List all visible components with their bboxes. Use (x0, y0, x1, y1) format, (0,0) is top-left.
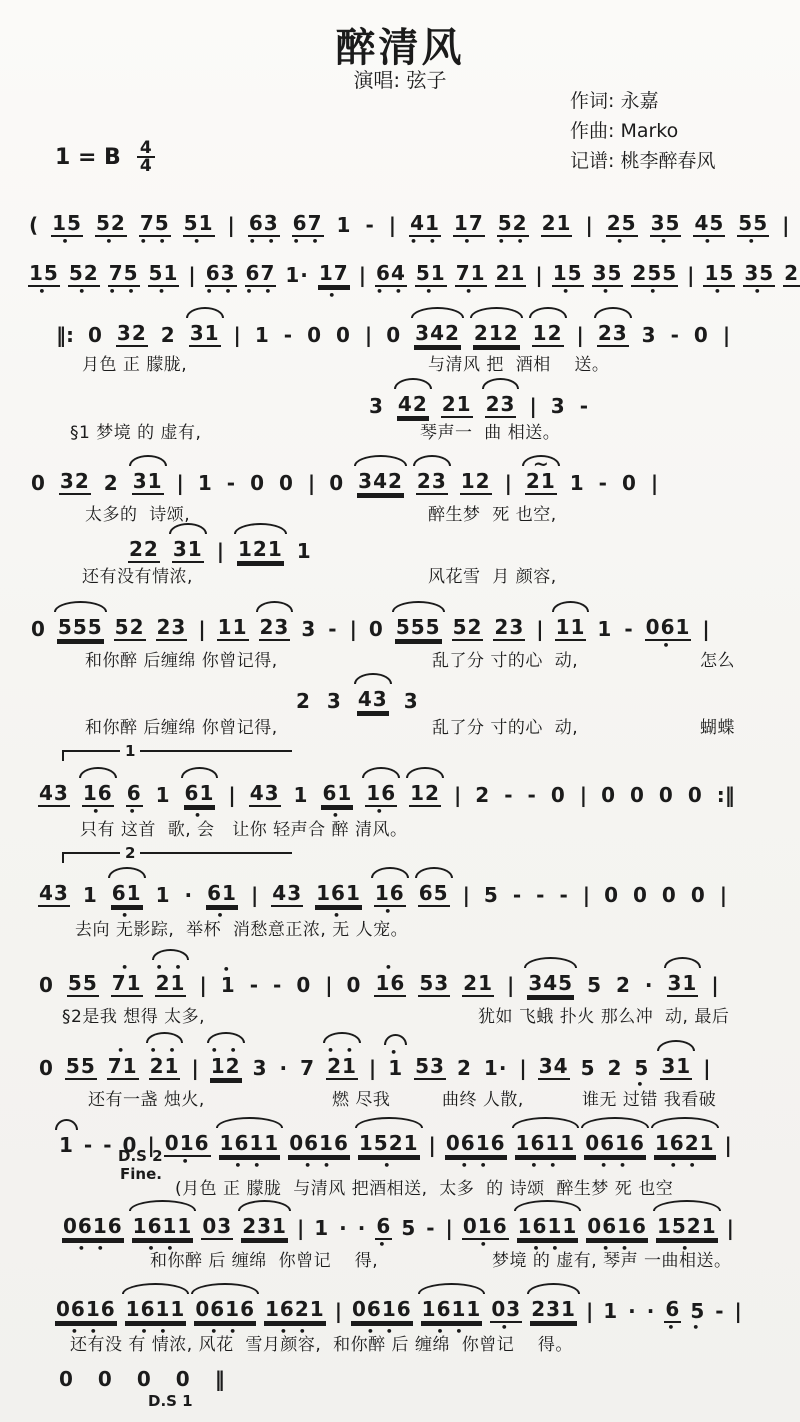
note-token: 1 (82, 884, 99, 907)
note-token: 43 (357, 688, 389, 713)
volta-bracket: 2 (62, 852, 292, 863)
notation-line: 0616• •1611• •0616• •1621• •|0616• •1611… (55, 1298, 751, 1323)
slur-arc (207, 1032, 245, 1043)
note-token: 2 (160, 324, 177, 347)
note-token: 1621• • (654, 1132, 716, 1157)
barline: | (781, 214, 790, 237)
barline: | (324, 974, 333, 997)
note-token: 3 (368, 395, 385, 418)
note-token: 0 (385, 324, 402, 347)
note-token: · (357, 1217, 368, 1240)
note-token: 0616• • (351, 1298, 413, 1323)
barline: :‖ (716, 784, 736, 807)
barline: | (579, 784, 588, 807)
note-token: 21• • (155, 972, 187, 997)
credits-block: 作词: 永嘉 作曲: Marko 记谱: 桃李醉春风 (570, 86, 715, 176)
slur-arc (413, 455, 451, 466)
note-token: 5• (633, 1057, 650, 1080)
note-token: 231 (530, 1298, 577, 1323)
barline: | (726, 1217, 735, 1240)
note-token: 35• (743, 262, 775, 287)
octave-dot-below: • • (409, 239, 441, 245)
note-token: - (102, 1134, 113, 1157)
notation-line: 15•52•75• •51•|63• •67• •1·17•|64• •51•7… (28, 262, 800, 287)
note-token: · (644, 974, 655, 997)
barline: | (176, 472, 185, 495)
octave-dot-below: • (703, 289, 735, 295)
note-token: 0 (328, 472, 345, 495)
slur-arc (362, 767, 400, 778)
note-token: 25 (783, 262, 800, 287)
slur-arc (129, 1200, 197, 1211)
notation-line: 05555223|11233-|05555223|111-061•| (30, 616, 721, 641)
note-token: 12 (460, 470, 492, 495)
octave-dot-below: • • (219, 1163, 281, 1169)
note-token: 1· (284, 264, 310, 287)
note-token: 1611• • (132, 1215, 194, 1240)
lyric-segment: 醉生梦 死 也空, (428, 500, 557, 525)
note-token: 61• (206, 882, 238, 907)
note-token: 61• (111, 882, 143, 907)
note-token: 5 (586, 974, 603, 997)
note-token: 15• (51, 212, 83, 237)
lyric-segment: 蝴蝶 (700, 713, 735, 738)
note-token: 0 (693, 324, 710, 347)
notation-line: 05571•21• •|12• •3·721• •|1•5321·|34525•… (38, 1055, 722, 1080)
slur-arc (354, 673, 392, 684)
note-token: - (83, 1134, 94, 1157)
note-token: 121 (237, 538, 284, 563)
note-token: 23 (259, 616, 291, 641)
barline: | (428, 1134, 437, 1157)
octave-dot-below: • (164, 1159, 211, 1165)
barline: | (534, 264, 543, 287)
notation-line: 2231|1211 (128, 538, 325, 563)
barline: | (216, 540, 225, 563)
note-token: 31 (667, 972, 699, 997)
notation-line: ‖:032231|1-00|034221212|233-0| (55, 322, 743, 347)
note-token: 16• (374, 882, 406, 907)
note-token: 1611• • (219, 1132, 281, 1157)
slur-arc (651, 1117, 719, 1128)
slur-arc (581, 1117, 649, 1128)
note-token: 5 (580, 1057, 597, 1080)
barline: | (358, 264, 367, 287)
note-token: - (327, 618, 338, 641)
lyric-segment: (月色 正 朦胧 与清风 把酒相送, 太多 的 诗颂 醉生梦 死 也空 (175, 1174, 673, 1199)
note-token: 2 (103, 472, 120, 495)
lyric-segment: 太多的 诗颂, (85, 500, 190, 525)
lyric-segment: 只有 这首 歌, 会 让你 轻声合 醉 清风。 (80, 815, 407, 840)
slur-arc (406, 767, 444, 778)
octave-dot-below: • (650, 239, 682, 245)
note-token: 51• (148, 262, 180, 287)
note-token: 1 (254, 324, 271, 347)
meter-denominator: 4 (140, 158, 152, 174)
note-token: 55 (67, 972, 99, 997)
note-token: 0 (621, 472, 638, 495)
lyric-segment: 怎么 (700, 646, 735, 671)
note-token: 1611• • (517, 1215, 579, 1240)
note-token: 64• • (375, 262, 407, 287)
note-token: 31 (132, 470, 164, 495)
note-token: 51• (415, 262, 447, 287)
note-token: 1 (336, 214, 353, 237)
note-token: 23 (493, 616, 525, 641)
slur-arc (664, 957, 702, 968)
note-token: 016• (462, 1215, 509, 1240)
notation-line: 43161•1·61•|43161•16•65|5---|0000| (38, 882, 740, 907)
note-token: 3 (300, 618, 317, 641)
barline: | (187, 264, 196, 287)
barline: | (364, 324, 373, 347)
slur-arc (108, 867, 146, 878)
note-token: 342 (357, 470, 404, 495)
barline: ( (28, 214, 39, 237)
note-token: 17• (453, 212, 485, 237)
note-token: 1521• (656, 1215, 718, 1240)
note-token: 5 (483, 884, 500, 907)
note-token: 0616• • (194, 1298, 256, 1323)
note-token: 0 (136, 1368, 153, 1391)
octave-dot-above: • (111, 964, 143, 971)
slur-arc (411, 307, 464, 318)
note-token: 21• • (326, 1055, 358, 1080)
slur-arc (512, 1117, 580, 1128)
note-token: 52 (114, 616, 146, 641)
note-token: · (279, 1057, 290, 1080)
barline: | (504, 472, 513, 495)
notation-line: 0616• •1611• •03231|1··6•5-|016•1611• •0… (62, 1215, 743, 1240)
note-token: 0616• • (445, 1132, 507, 1157)
note-token: 23 (485, 393, 517, 418)
lyric-segment: 去向 无影踪, 举杯 消愁意正浓, 无 人宠。 (75, 915, 408, 940)
slur-arc (482, 378, 520, 389)
note-token: 0 (87, 324, 104, 347)
note-token: 12 (532, 322, 564, 347)
note-token: 3 (641, 324, 658, 347)
octave-dot-below: • (455, 289, 487, 295)
barline: | (585, 1300, 594, 1323)
note-token: 061• (645, 616, 692, 641)
note-token: 0 (368, 618, 385, 641)
slur-arc (238, 1200, 291, 1211)
octave-dot-below: • • (245, 289, 277, 295)
credit-transcriber: 记谱: 桃李醉春风 (570, 146, 715, 176)
note-token: 52 (452, 616, 484, 641)
note-token: 21 (462, 972, 494, 997)
note-token: 23 (156, 616, 188, 641)
volta-bracket: 1 (62, 750, 292, 761)
octave-dot-below: • (606, 239, 638, 245)
octave-dot-below: • (95, 239, 127, 245)
note-token: 16• (82, 782, 114, 807)
note-token: 0 (295, 974, 312, 997)
note-token: - (425, 1217, 436, 1240)
octave-dot-below: • • (654, 1163, 716, 1169)
note-token: 52• (95, 212, 127, 237)
note-token: 21• • (149, 1055, 181, 1080)
octave-dot-below: • • (248, 239, 280, 245)
lyric-segment: 和你醉 后 缠绵 你曾记 得, (150, 1246, 378, 1271)
note-token: 0 (603, 884, 620, 907)
barline: | (334, 1300, 343, 1323)
slur-arc (146, 1032, 184, 1043)
note-token: 6• (664, 1298, 681, 1323)
octave-dot-below: • (51, 239, 83, 245)
note-token: 31 (172, 538, 204, 563)
note-token: 0 (38, 1057, 55, 1080)
octave-dot-below: • (737, 239, 769, 245)
lyric-segment: 还有没有情浓, (82, 562, 193, 587)
octave-dot-below: • • (515, 1163, 577, 1169)
credit-composer: 作曲: Marko (570, 116, 715, 146)
note-token: 1521• (358, 1132, 420, 1157)
slur-arc (256, 601, 294, 612)
barline: | (190, 1057, 199, 1080)
note-token: 0 (335, 324, 352, 347)
note-token: 67• • (292, 212, 324, 237)
note-token: 1 (602, 1300, 619, 1323)
slur-arc (514, 1200, 582, 1211)
barline: | (724, 1134, 733, 1157)
note-token: 53 (414, 1055, 446, 1080)
barline: | (701, 618, 710, 641)
barline: | (506, 974, 515, 997)
note-token: 11 (555, 616, 587, 641)
note-token: 63• • (205, 262, 237, 287)
octave-dot-below: • • (445, 1163, 507, 1169)
note-token: 7 (299, 1057, 316, 1080)
octave-dot-below: • (689, 1325, 706, 1331)
note-token: 016• (164, 1132, 211, 1157)
note-token: 35• (592, 262, 624, 287)
note-token: 161• (315, 882, 362, 907)
octave-dot-below: • • (108, 289, 140, 295)
note-token: - (364, 214, 375, 237)
barline: | (719, 884, 728, 907)
slur-arc (524, 957, 577, 968)
note-token: 63• • (248, 212, 280, 237)
octave-dot-below: • (664, 1325, 681, 1331)
notation-line: 032231|1-00|03422312|21~1-0| (30, 470, 671, 495)
note-token: 1 (596, 618, 613, 641)
note-token: - (535, 884, 546, 907)
slur-arc (181, 767, 219, 778)
note-token: - (670, 324, 681, 347)
barline: | (584, 214, 593, 237)
note-token: - (598, 472, 609, 495)
note-token: 0 (658, 784, 675, 807)
octave-dot-below: • • (292, 239, 324, 245)
note-token: 45• (693, 212, 725, 237)
octave-dot-below: • (552, 289, 584, 295)
note-token: 0 (306, 324, 323, 347)
note-token: 0 (550, 784, 567, 807)
note-token: 12 (409, 782, 441, 807)
barline: | (518, 1057, 527, 1080)
note-token: 3 (252, 1057, 269, 1080)
note-token: 35• (650, 212, 682, 237)
slur-arc (79, 767, 117, 778)
octave-dot-below: • (148, 289, 180, 295)
octave-dot-below: • • (205, 289, 237, 295)
slur-arc (371, 867, 409, 878)
slur-arc (55, 1119, 78, 1130)
note-token: 0 (97, 1368, 114, 1391)
octave-dot-below: • (183, 239, 215, 245)
note-token: 22 (128, 538, 160, 563)
barline: | (250, 884, 259, 907)
note-token: · (646, 1300, 657, 1323)
slur-arc (186, 307, 224, 318)
slur-arc (122, 1283, 190, 1294)
note-token: 16• (365, 782, 397, 807)
octave-dot-below: • (631, 289, 678, 295)
slur-arc (323, 1032, 361, 1043)
note-token: 65 (418, 882, 450, 907)
note-token: 71• (455, 262, 487, 287)
lyric-segment: 还有没 有 情浓, 风花 雪月颜容, 和你醉 后 缠绵 你曾记 得。 (70, 1330, 573, 1355)
barline: | (296, 1217, 305, 1240)
note-token: 3 (550, 395, 567, 418)
note-token: 255• (631, 262, 678, 287)
note-token: 0 (632, 884, 649, 907)
note-token: 1611• • (421, 1298, 483, 1323)
octave-dot-below: • • (139, 239, 171, 245)
note-token: 5• (689, 1300, 706, 1323)
note-token: 3 (326, 690, 343, 713)
lyric-segment: 曲终 人散, (442, 1085, 524, 1110)
lyric-segment: 与清风 把 酒相 送。 (428, 350, 609, 375)
octave-dot-below: • (28, 289, 60, 295)
octave-dot-above: • (374, 964, 406, 971)
note-token: 75• • (139, 212, 171, 237)
slur-arc (152, 949, 190, 960)
notation-line: 4316•6•161•|43161•16•12|2--0|0000:‖ (38, 782, 748, 807)
note-token: 342 (414, 322, 461, 347)
note-token: 15• (552, 262, 584, 287)
octave-dot-above: • • (326, 1047, 358, 1054)
lyric-segment: 和你醉 后缠绵 你曾记得, (85, 713, 278, 738)
note-token: 71• (111, 972, 143, 997)
note-token: 0 (58, 1368, 75, 1391)
slur-arc (355, 1117, 423, 1128)
note-token: 555 (395, 616, 442, 641)
credit-lyricist: 作词: 永嘉 (570, 86, 715, 116)
lyric-segment: 风花雪 月 颜容, (428, 562, 557, 587)
note-token: 53 (418, 972, 450, 997)
slur-arc (234, 523, 287, 534)
note-token: 67• • (245, 262, 277, 287)
lyric-segment: 月色 正 朦胧, (82, 350, 187, 375)
octave-dot-below: • • (497, 239, 529, 245)
note-token: 51• (183, 212, 215, 237)
barline: | (576, 324, 585, 347)
lyric-segment: 琴声一 曲 相送。 (420, 418, 560, 443)
slur-arc (384, 1034, 407, 1045)
note-token: 2 (295, 690, 312, 713)
note-token: 12• • (210, 1055, 242, 1080)
note-token: 17• (318, 262, 350, 287)
key-tonality: 1 = B (55, 145, 121, 170)
lyric-segment: 梦境 的 虚有, 琴声 一曲相送。 (492, 1246, 732, 1271)
barline: | (307, 472, 316, 495)
notation-line: (15•52•75• •51•|63• •67• •1-|41• •17•52•… (28, 212, 800, 237)
barline: ‖: (55, 324, 75, 347)
note-token: 0 (30, 618, 47, 641)
note-token: 32 (116, 322, 148, 347)
slur-arc (653, 1200, 721, 1211)
note-token: 15• (703, 262, 735, 287)
note-token: 52• (68, 262, 100, 287)
octave-dot-below: • (453, 239, 485, 245)
octave-dot-below: • (743, 289, 775, 295)
note-token: 71• (107, 1055, 139, 1080)
slur-arc (470, 307, 523, 318)
notation-line: 0000‖ (58, 1368, 248, 1391)
notation-line: 23433 (295, 688, 434, 713)
octave-dot-below: • (693, 239, 725, 245)
lyric-segment: 还有一盏 烛火, (88, 1085, 205, 1110)
note-token: 0616• • (584, 1132, 646, 1157)
note-token: - (226, 472, 237, 495)
note-token: · (338, 1217, 349, 1240)
note-token: · (627, 1300, 638, 1323)
barline: | (462, 884, 471, 907)
barline: | (198, 974, 207, 997)
barline: | (368, 1057, 377, 1080)
note-token: 0 (278, 472, 295, 495)
octave-dot-above: • • (155, 964, 187, 971)
note-token: 6• (375, 1215, 392, 1240)
barline: | (734, 1300, 743, 1323)
note-token: 03• (490, 1298, 522, 1323)
note-token: 0 (38, 974, 55, 997)
slur-arc (394, 378, 432, 389)
note-token: 55 (65, 1055, 97, 1080)
ds-marker-label: Fine. (120, 1165, 162, 1183)
note-token: 25• (606, 212, 638, 237)
barline: ‖ (214, 1368, 226, 1391)
note-token: 555 (57, 616, 104, 641)
note-token: 1 (293, 784, 310, 807)
note-token: 3 (403, 690, 420, 713)
octave-dot-below: • (68, 289, 100, 295)
note-token: 11 (217, 616, 249, 641)
octave-dot-above: • (387, 1049, 404, 1056)
lyric-segment: §2是我 想得 太多, (62, 1002, 205, 1027)
note-token: 21~ (525, 470, 557, 495)
octave-dot-above: • (107, 1047, 139, 1054)
key-signature: 1 = B 4 4 (55, 140, 155, 174)
barline: | (445, 1217, 454, 1240)
slur-arc (191, 1283, 259, 1294)
note-token: 55• (737, 212, 769, 237)
note-token: 2 (456, 1057, 473, 1080)
note-token: 0616• • (586, 1215, 648, 1240)
slur-arc (418, 1283, 486, 1294)
octave-dot-above: • • (149, 1047, 181, 1054)
note-token: 1 (296, 540, 313, 563)
slur-arc (552, 601, 590, 612)
ds-marker-label: D.S 1 (148, 1392, 193, 1410)
note-token: 32 (59, 470, 91, 495)
note-token: 0 (629, 784, 646, 807)
note-token: - (249, 974, 260, 997)
note-token: 61• (321, 782, 353, 807)
octave-dot-below: • • (375, 289, 407, 295)
